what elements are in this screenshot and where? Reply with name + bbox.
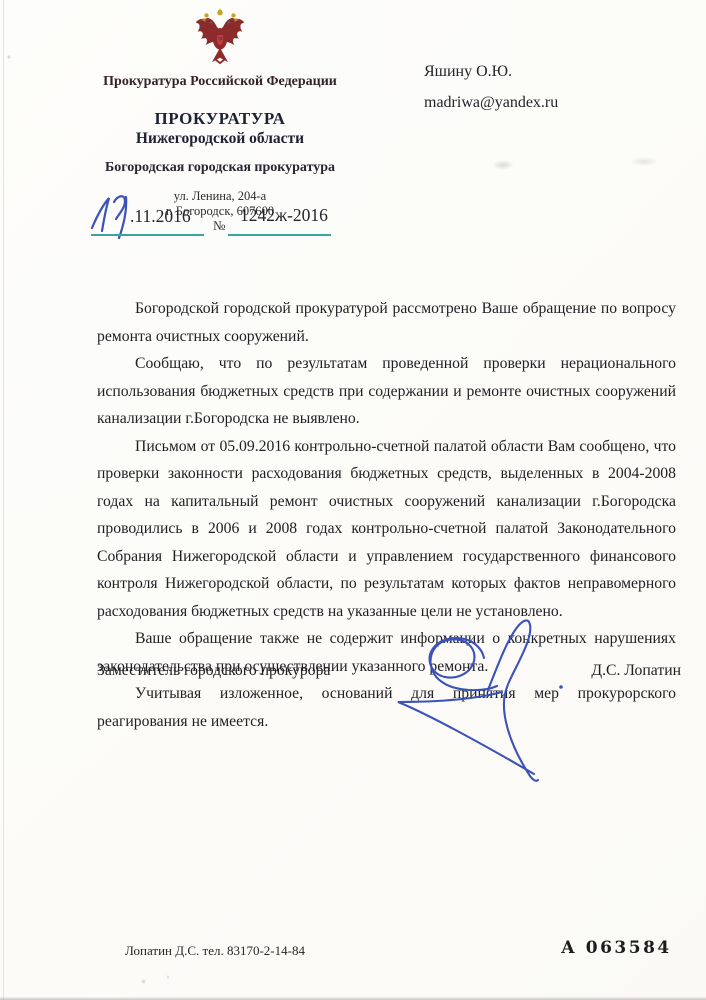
scan-smudge — [141, 979, 146, 984]
number-underline — [228, 234, 331, 236]
scan-smudge — [7, 55, 11, 59]
scanned-letter-page: Прокуратура Российской Федерации ПРОКУРА… — [0, 0, 706, 1000]
document-number: 1242ж-2016 — [240, 205, 328, 226]
scan-smudge — [166, 975, 170, 979]
recipient-email: madriwa@yandex.ru — [424, 87, 558, 118]
handwritten-signature-ink — [384, 608, 604, 793]
scan-smudge — [630, 157, 658, 166]
signer-position: Заместитель городского прокурора — [97, 662, 330, 680]
paragraph: Богородской городской прокуратурой рассм… — [97, 295, 676, 350]
org-name: ПРОКУРАТУРА — [52, 109, 388, 129]
org-office: Богородская городская прокуратура — [52, 160, 388, 176]
date-printed: .11.2016 — [130, 206, 191, 227]
paragraph: Сообщаю, что по результатам проведенной … — [97, 350, 676, 433]
date-underline — [91, 234, 204, 236]
org-region: Нижегородской области — [52, 130, 388, 148]
scan-smudge — [492, 160, 514, 170]
number-sign: № — [213, 218, 225, 234]
russia-coat-of-arms-icon — [193, 8, 247, 71]
handwritten-day-ink — [88, 192, 132, 247]
scan-edge-line — [3, 0, 4, 1000]
org-federation-line: Прокуратура Российской Федерации — [52, 74, 388, 90]
paragraph: Письмом от 05.09.2016 контрольно-счетной… — [97, 433, 676, 626]
letterhead: Прокуратура Российской Федерации ПРОКУРА… — [52, 8, 388, 219]
signer-name: Д.С. Лопатин — [591, 662, 681, 680]
recipient-name: Яшину О.Ю. — [424, 56, 558, 87]
signoff-row: Заместитель городского прокурора Д.С. Ло… — [97, 662, 681, 680]
recipient-block: Яшину О.Ю. madriwa@yandex.ru — [424, 56, 558, 118]
executor-contact: Лопатин Д.С. тел. 83170-2-14-84 — [125, 943, 305, 959]
blank-serial-number: А 063584 — [561, 938, 672, 958]
